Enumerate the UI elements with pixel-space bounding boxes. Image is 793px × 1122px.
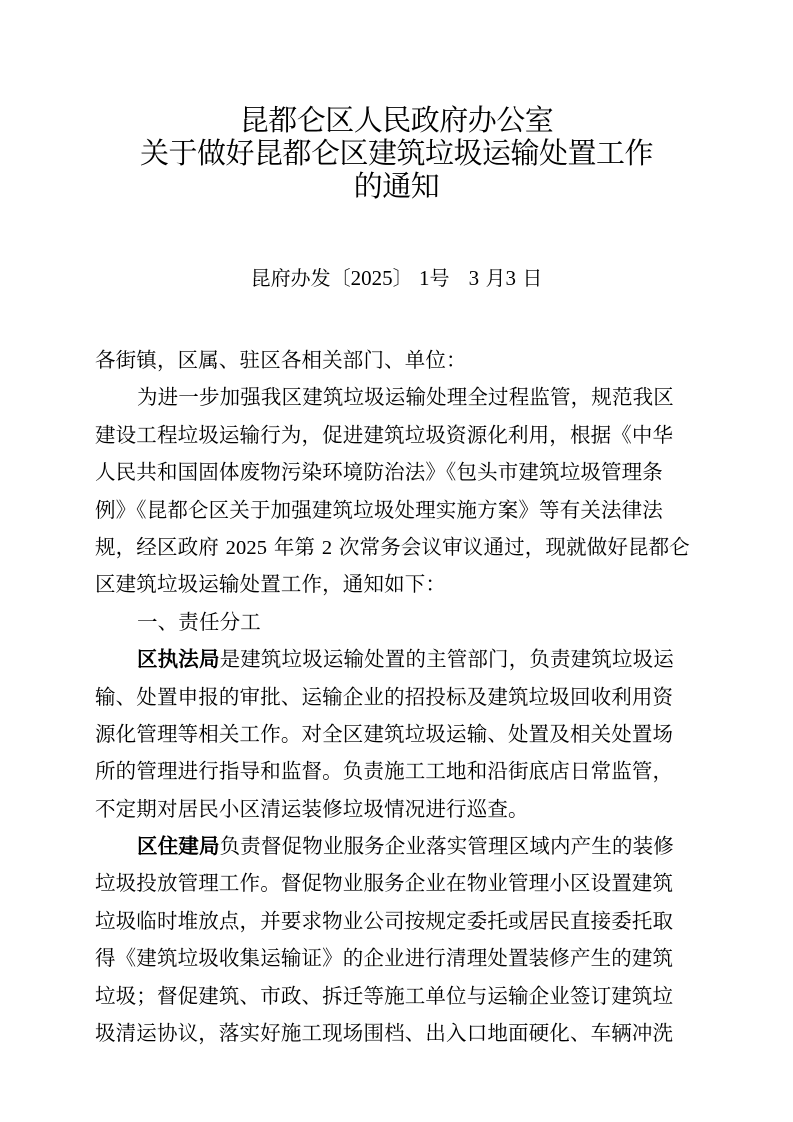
- section-heading-responsibilities: 一、责任分工: [95, 604, 701, 641]
- paragraph-line: 垃圾；督促建筑、市政、拆迁等施工单位与运输企业签订建筑垃: [95, 978, 701, 1015]
- doc-date-month-unit: 月: [485, 266, 505, 290]
- document-number: 昆府办发〔2025〕 1号 3 月3 日: [0, 264, 793, 292]
- paragraph-line: 圾清运协议，落实好施工现场围档、出入口地面硬化、车辆冲洗: [95, 1015, 701, 1052]
- intro-line: 规，经区政府 2025 年第 2 次常务会议审议通过，现就做好昆都仑: [95, 529, 701, 566]
- doc-number-suffix: 〕: [393, 266, 413, 290]
- meeting-year: 2025: [226, 537, 268, 559]
- salutation: 各街镇，区属、驻区各相关部门、单位：: [95, 342, 701, 379]
- title-line-issuer: 昆都仑区人民政府办公室: [0, 104, 793, 137]
- paragraph-housing-bureau: 区住建局负责督促物业服务企业落实管理区域内产生的装修 垃圾投放管理工作。督促物业…: [95, 828, 701, 1052]
- dept-name-enforcement: 区执法局: [137, 647, 220, 671]
- meeting-number: 2: [322, 537, 332, 559]
- intro-line5-part2: 年第: [267, 535, 322, 559]
- intro-line: 人民共和国固体废物污染环境防治法》《包头市建筑垃圾管理条: [95, 454, 701, 491]
- paragraph-first-line-rest: 负责督促物业服务企业落实管理区域内产生的装修: [220, 834, 674, 858]
- doc-number-unit: 号: [430, 266, 450, 290]
- intro-line: 区建筑垃圾运输处置工作，通知如下：: [95, 566, 701, 603]
- paragraph-line: 垃圾投放管理工作。督促物业服务企业在物业管理小区设置建筑: [95, 865, 701, 902]
- doc-number-value: 1: [419, 266, 430, 290]
- paragraph-line: 源化管理等相关工作。对全区建筑垃圾运输、处置及相关处置场: [95, 716, 701, 753]
- intro-line5-part1: 规，经区政府: [95, 535, 226, 559]
- doc-number-year: 2025: [351, 266, 393, 290]
- paragraph-line: 所的管理进行指导和监督。负责施工工地和沿街底店日常监管，: [95, 753, 701, 790]
- paragraph-line: 得《建筑垃圾收集运输证》的企业进行清理处置装修产生的建筑: [95, 940, 701, 977]
- intro-paragraph: 为进一步加强我区建筑垃圾运输处理全过程监管，规范我区 建设工程垃圾运输行为，促进…: [95, 379, 701, 603]
- doc-number-prefix: 昆府办发〔: [251, 266, 351, 290]
- doc-date-day: 3: [505, 266, 516, 290]
- paragraph-line: 区住建局负责督促物业服务企业落实管理区域内产生的装修: [95, 828, 701, 865]
- title-line-notice: 的通知: [0, 170, 793, 203]
- document-body: 各街镇，区属、驻区各相关部门、单位： 为进一步加强我区建筑垃圾运输处理全过程监管…: [95, 342, 701, 1052]
- paragraph-enforcement-bureau: 区执法局是建筑垃圾运输处置的主管部门，负责建筑垃圾运 输、处置申报的审批、运输企…: [95, 641, 701, 828]
- doc-date-day-unit: 日: [522, 266, 542, 290]
- intro-line: 建设工程垃圾运输行为，促进建筑垃圾资源化利用，根据《中华: [95, 417, 701, 454]
- paragraph-line: 不定期对居民小区清运装修垃圾情况进行巡查。: [95, 791, 701, 828]
- intro-line5-part3: 次常务会议审议通过，现就做好昆都仑: [332, 535, 690, 559]
- dept-name-housing: 区住建局: [137, 834, 220, 858]
- paragraph-first-line-rest: 是建筑垃圾运输处置的主管部门，负责建筑垃圾运: [220, 647, 674, 671]
- intro-line: 为进一步加强我区建筑垃圾运输处理全过程监管，规范我区: [95, 379, 701, 416]
- title-line-subject: 关于做好昆都仑区建筑垃圾运输处置工作: [0, 137, 793, 170]
- intro-line: 例》《昆都仑区关于加强建筑垃圾处理实施方案》等有关法律法: [95, 492, 701, 529]
- paragraph-line: 输、处置申报的审批、运输企业的招投标及建筑垃圾回收利用资: [95, 679, 701, 716]
- paragraph-line: 垃圾临时堆放点，并要求物业公司按规定委托或居民直接委托取: [95, 903, 701, 940]
- document-title: 昆都仑区人民政府办公室 关于做好昆都仑区建筑垃圾运输处置工作 的通知: [0, 104, 793, 203]
- doc-date-month: 3: [469, 266, 480, 290]
- paragraph-line: 区执法局是建筑垃圾运输处置的主管部门，负责建筑垃圾运: [95, 641, 701, 678]
